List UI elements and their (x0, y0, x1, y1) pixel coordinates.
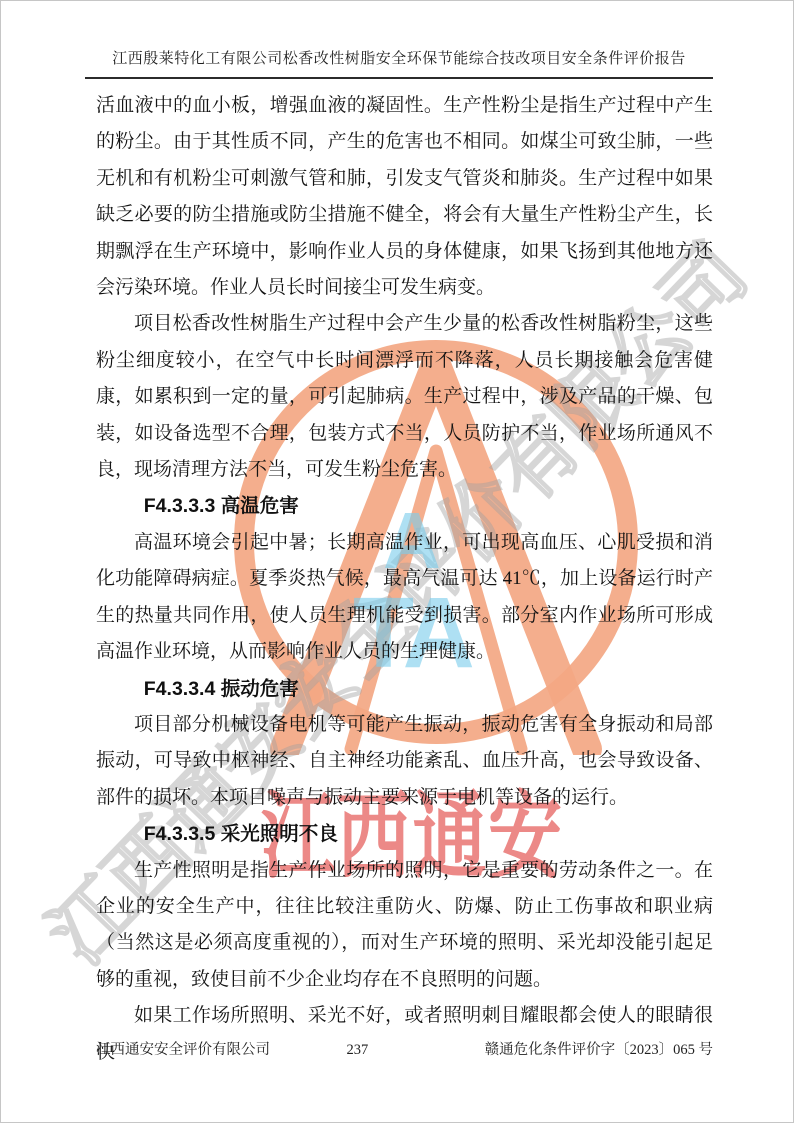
heading-high-temperature-hazard: F4.3.3.3 高温危害 (96, 488, 713, 524)
footer-page-number: 237 (346, 1042, 368, 1059)
paragraph-lighting: 生产性照明是指生产作业场所的照明，它是重要的劳动条件之一。在企业的安全生产中，往… (96, 853, 713, 999)
page-header: 江西殷莱特化工有限公司松香改性树脂安全环保节能综合技改项目安全条件评价报告 (85, 47, 713, 79)
paragraph-vibration: 项目部分机械设备电机等可能产生振动，振动危害有全身振动和局部振动，可导致中枢神经… (96, 707, 713, 816)
footer-company-name: 江西通安安全评价有限公司 (96, 1038, 270, 1059)
report-page: 江西通安安全评价有限公司 A TA 江西通安 江西殷莱特化工有限公司松香改性树脂… (0, 0, 794, 1123)
footer-doc-number: 赣通危化条件评价字〔2023〕065 号 (485, 1038, 713, 1059)
heading-poor-lighting: F4.3.3.5 采光照明不良 (96, 816, 713, 852)
heading-vibration-hazard: F4.3.3.4 振动危害 (96, 671, 713, 707)
paragraph-dust-hazard-continuation: 活血液中的血小板，增强血液的凝固性。生产性粉尘是指生产过程中产生的粉尘。由于其性… (96, 88, 713, 306)
report-title: 江西殷莱特化工有限公司松香改性树脂安全环保节能综合技改项目安全条件评价报告 (112, 51, 686, 67)
page-footer: 江西通安安全评价有限公司 237 赣通危化条件评价字〔2023〕065 号 (96, 1038, 713, 1059)
document-body: 活血液中的血小板，增强血液的凝固性。生产性粉尘是指生产过程中产生的粉尘。由于其性… (96, 88, 713, 1071)
paragraph-resin-dust: 项目松香改性树脂生产过程中会产生少量的松香改性树脂粉尘，这些粉尘细度较小，在空气… (96, 306, 713, 488)
paragraph-lighting-effects: 如果工作场所照明、采光不好，或者照明刺目耀眼都会使人的眼睛很快 (96, 998, 713, 1071)
paragraph-high-temperature: 高温环境会引起中暑；长期高温作业，可出现高血压、心肌受损和消化功能障碍病症。夏季… (96, 525, 713, 671)
